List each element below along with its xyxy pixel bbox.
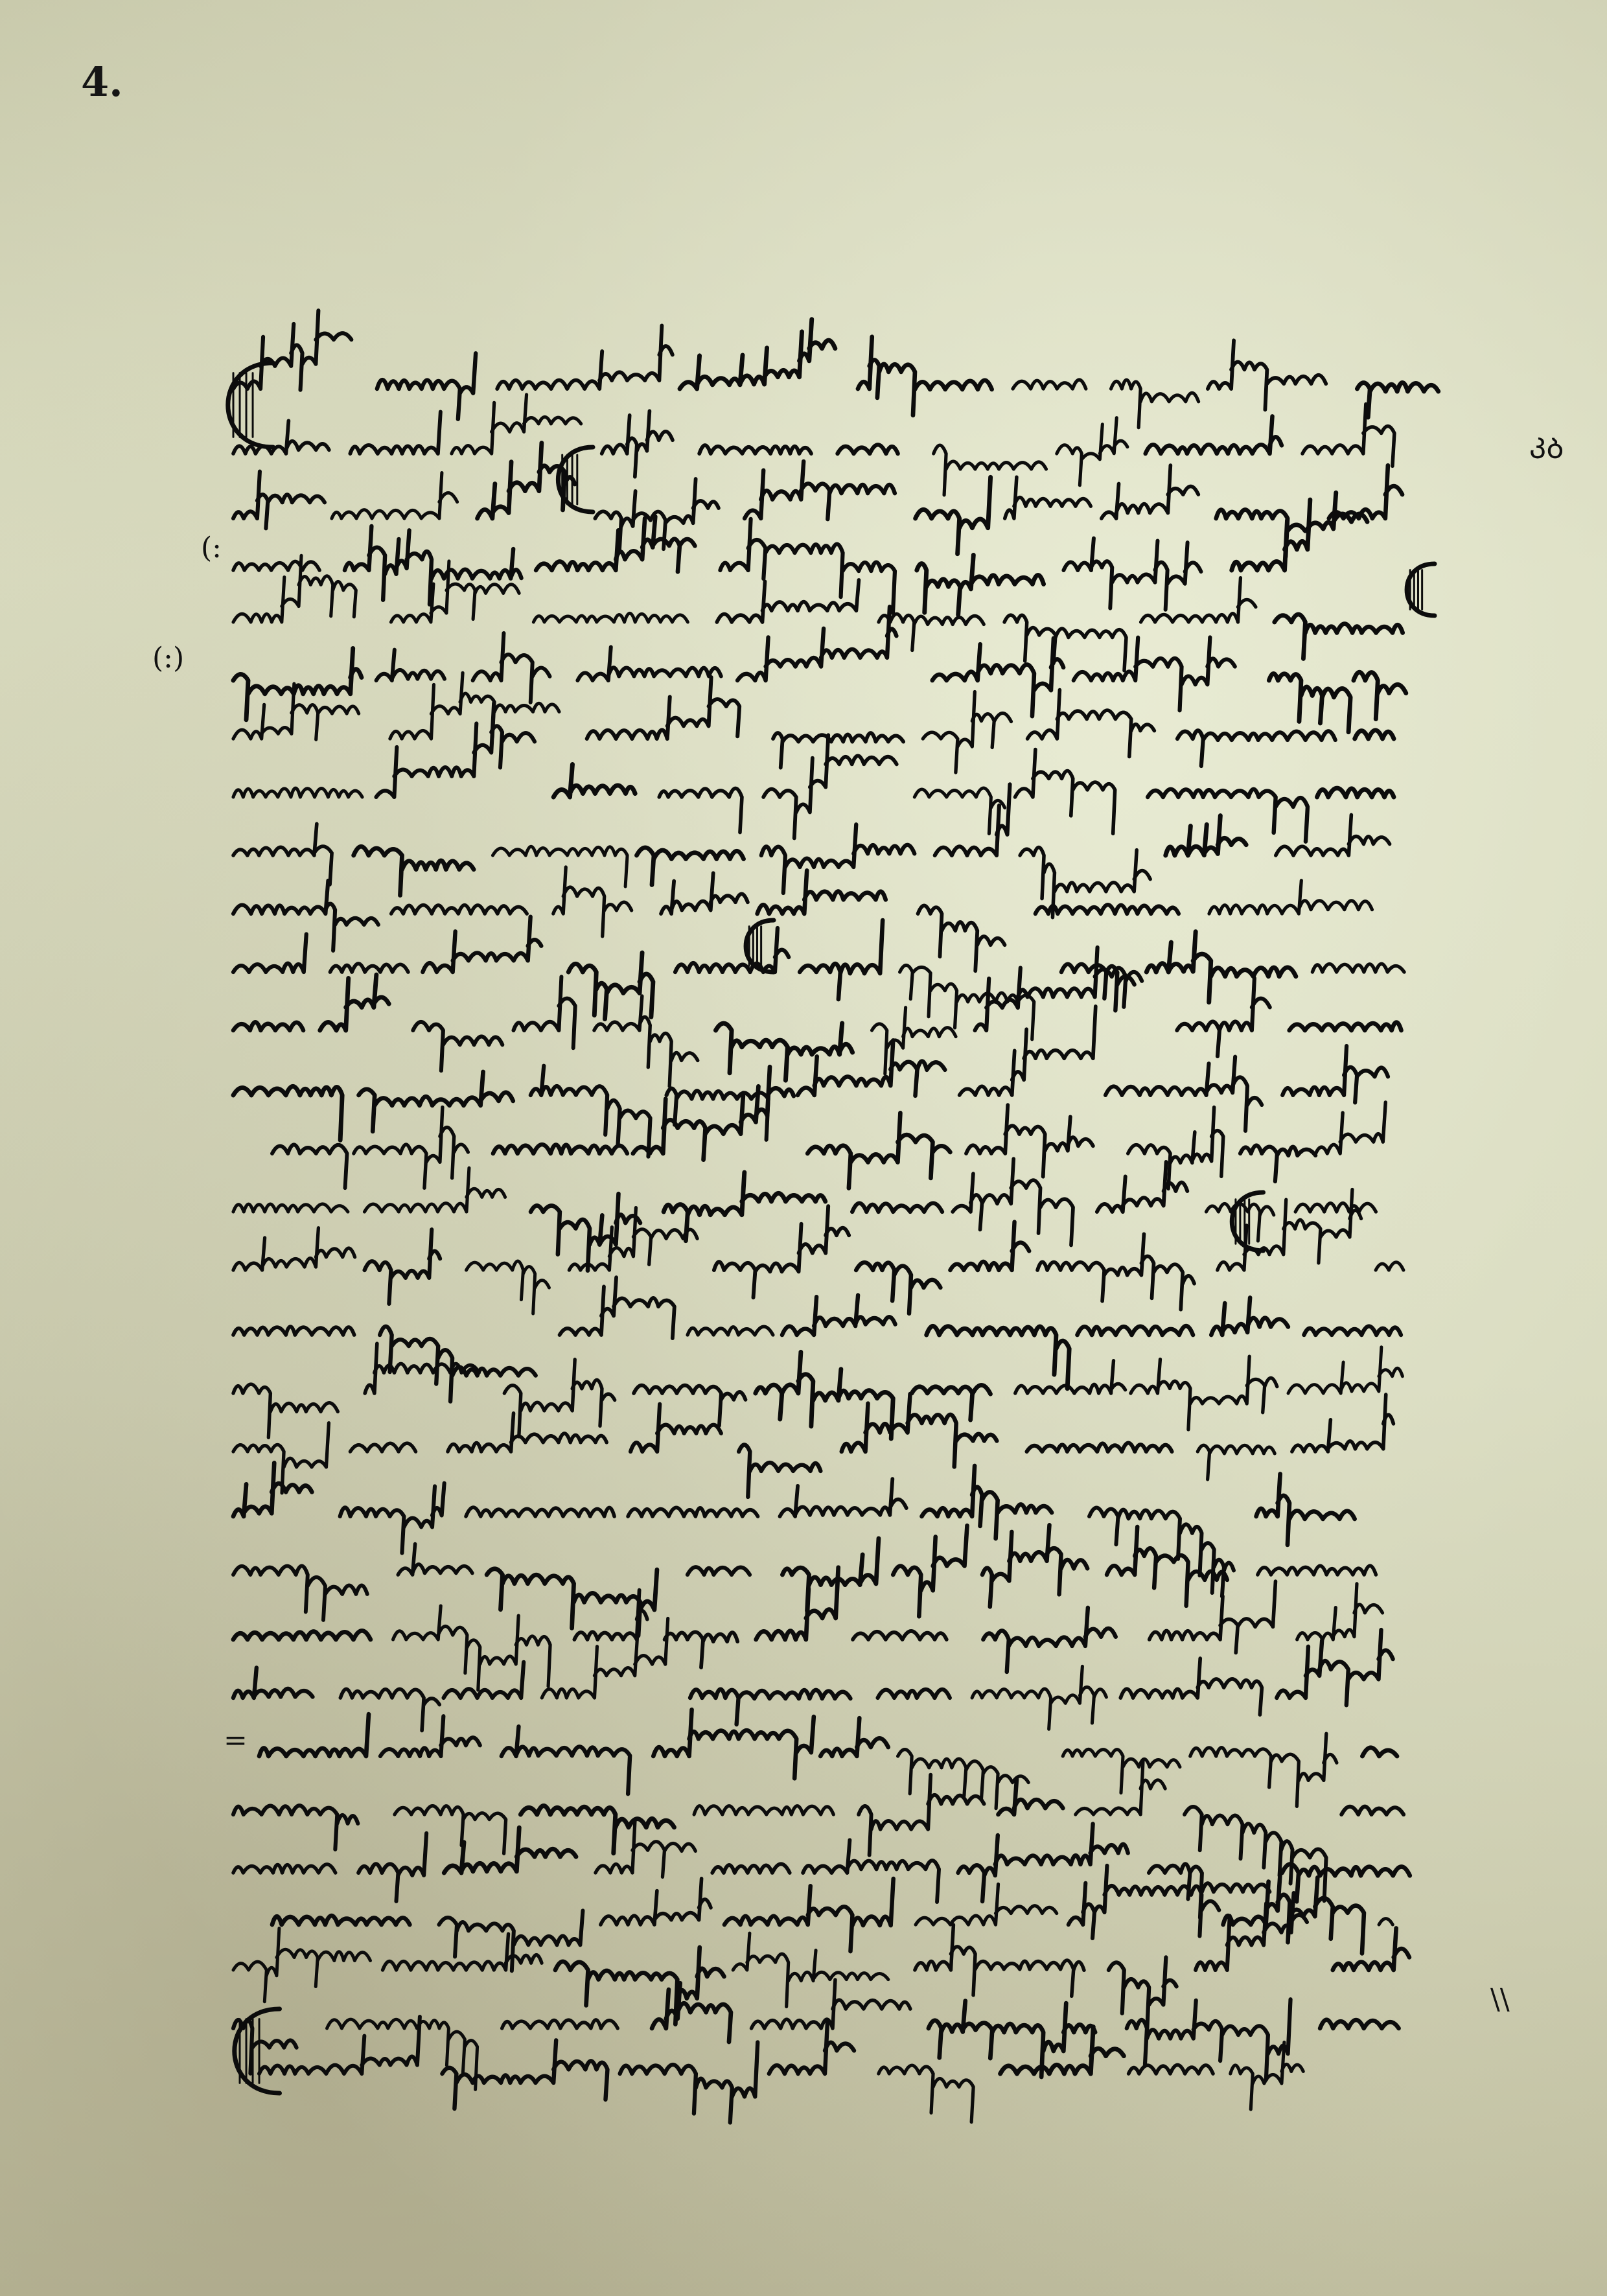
manuscript-page: 4. ᲙᲑ(:(:)=\\ [0,0,1607,2296]
manuscript-line [233,1277,1401,1401]
manuscript-line [233,395,1394,495]
left-margin-bracket-2: (:) [152,642,184,675]
manuscript-text [0,0,1607,2296]
manuscript-line [233,1759,1404,1901]
manuscript-line [233,917,1404,1039]
manuscript-line [233,555,1403,670]
manuscript-line [272,1866,1393,1971]
right-double-slash: \\ [1490,1983,1510,2016]
manuscript-line [233,1159,1376,1270]
manuscript-line [233,1821,1410,1918]
decorated-initial [1407,564,1435,616]
manuscript-line [233,310,1439,428]
manuscript-line [233,1980,1399,2089]
manuscript-line [259,1710,1397,1808]
manuscript-line [233,493,1367,615]
manuscript-line [233,1343,1402,1439]
manuscript-line [233,607,1406,732]
left-margin-equals: = [224,1724,248,1757]
right-margin-mark-top: ᲙᲑ [1529,428,1564,467]
decorated-initial [228,363,273,447]
left-margin-bracket-1: (: [201,531,222,564]
